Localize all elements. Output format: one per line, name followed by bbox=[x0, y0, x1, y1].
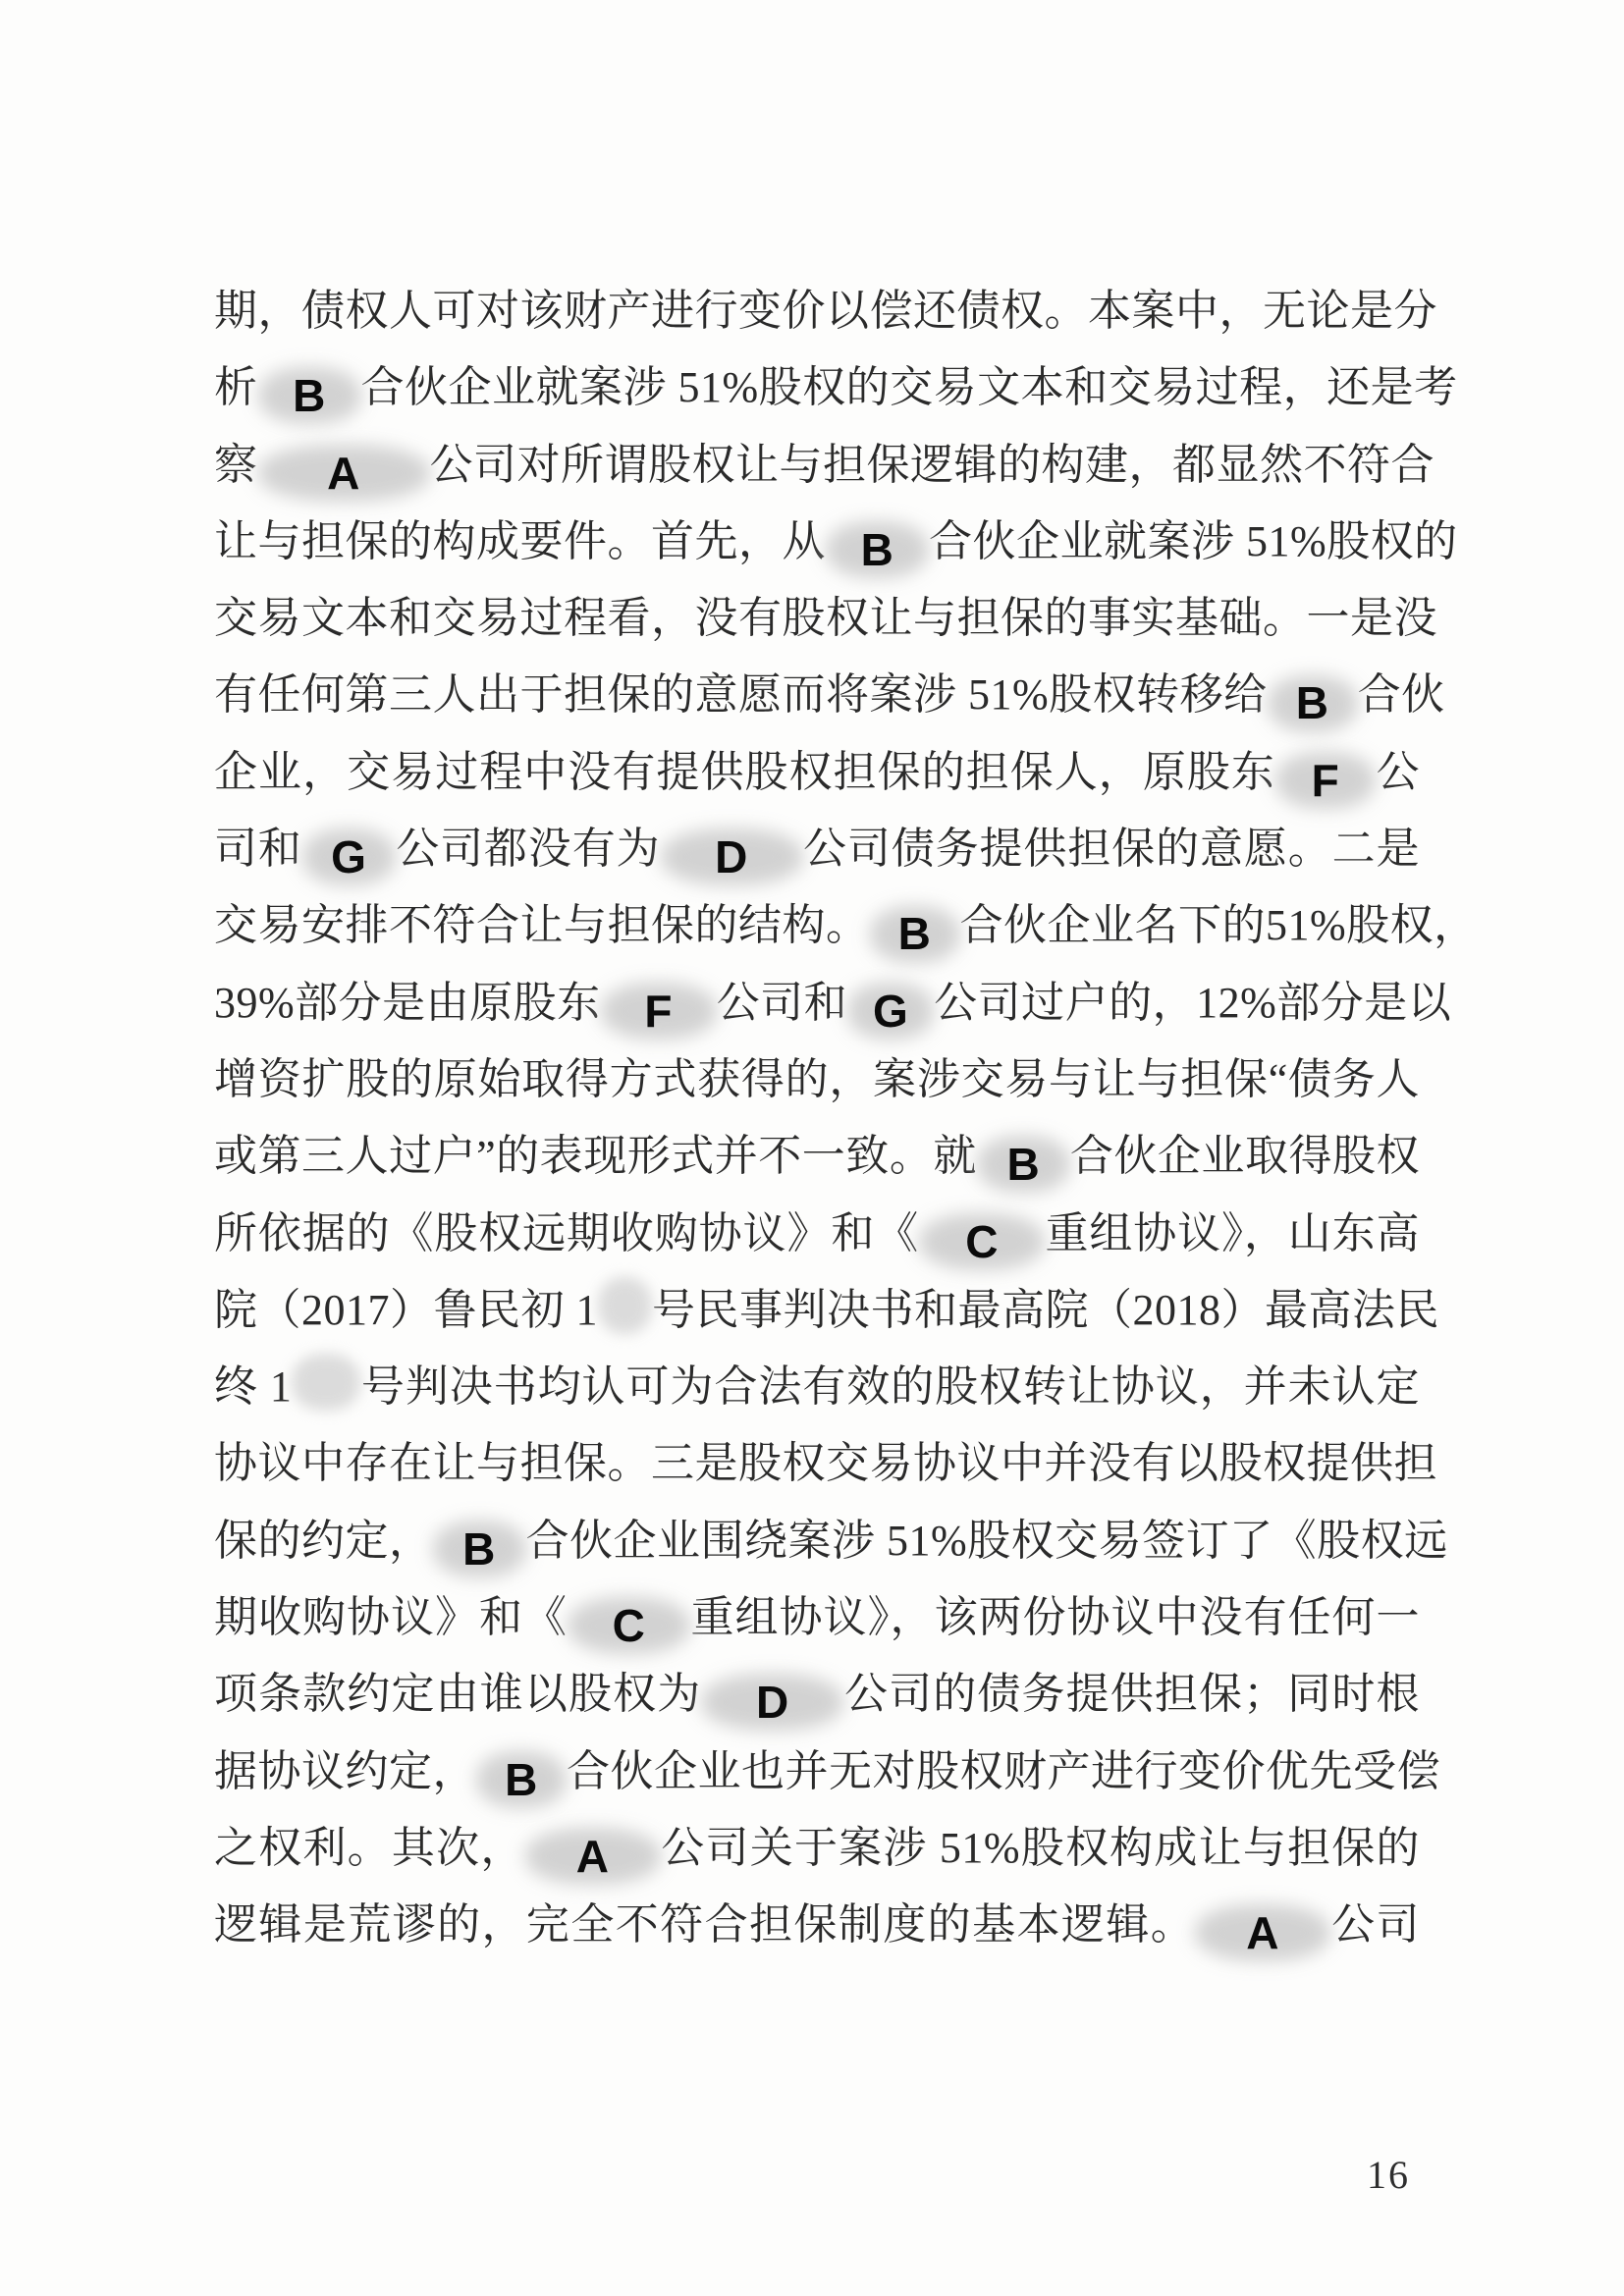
text-line: 交易文本和交易过程看，没有股权让与担保的事实基础。一是没 bbox=[214, 580, 1420, 657]
redaction-marker: B bbox=[433, 1521, 526, 1577]
text-line: 交易安排不符合让与担保的结构。B合伙企业名下的51%股权， bbox=[214, 887, 1420, 964]
redaction-letter: B bbox=[433, 1521, 526, 1577]
redaction-marker: G bbox=[302, 828, 396, 885]
redaction-marker: C bbox=[919, 1213, 1045, 1270]
text-run: 之权利。其次， bbox=[214, 1824, 525, 1872]
text-run: 据协议约定， bbox=[214, 1747, 476, 1795]
redaction-letter bbox=[598, 1277, 652, 1334]
text-run: 重组协议》，山东高 bbox=[1045, 1209, 1420, 1257]
text-line: 期，债权人可对该财产进行变价以偿还债权。本案中，无论是分 bbox=[214, 273, 1420, 349]
text-run: 公司关于案涉 51%股权构成让与担保的 bbox=[661, 1824, 1420, 1872]
redaction-letter: C bbox=[919, 1213, 1045, 1270]
text-run: 逻辑是荒谬的，完全不符合担保制度的基本逻辑。 bbox=[214, 1900, 1195, 1949]
text-run: 或第三人过户”的表现形式并不一致。就 bbox=[214, 1132, 977, 1180]
redaction-marker: G bbox=[847, 983, 934, 1040]
text-run: 协议中存在让与担保。三是股权交易协议中并没有以股权提供担 bbox=[214, 1439, 1437, 1487]
text-run: 增资扩股的原始取得方式获得的，案涉交易与让与担保“债务人 bbox=[214, 1055, 1420, 1103]
redaction-marker: D bbox=[661, 828, 803, 885]
redaction-letter: B bbox=[476, 1751, 567, 1808]
text-line: 院（2017）鲁民初 1号民事判决书和最高院（2018）最高法民 bbox=[214, 1272, 1420, 1349]
text-run: 企业，交易过程中没有提供股权担保的担保人，原股东 bbox=[214, 748, 1275, 796]
text-line: 据协议约定，B合伙企业也并无对股权财产进行变价优先受偿 bbox=[214, 1734, 1420, 1810]
text-line: 有任何第三人出于担保的意愿而将案涉 51%股权转移给B合伙 bbox=[214, 657, 1420, 733]
redaction-marker: F bbox=[601, 983, 717, 1040]
text-run: 有任何第三人出于担保的意愿而将案涉 51%股权转移给 bbox=[214, 670, 1268, 719]
text-run: 合伙企业就案涉 51%股权的交易文本和交易过程，还是考 bbox=[361, 363, 1458, 411]
redaction-letter: B bbox=[826, 521, 929, 578]
redaction-letter bbox=[292, 1354, 360, 1411]
redaction-letter: G bbox=[302, 828, 396, 885]
text-run: 合伙企业也并无对股权财产进行变价优先受偿 bbox=[567, 1747, 1440, 1795]
redaction-marker: A bbox=[258, 445, 430, 502]
redaction-marker: B bbox=[977, 1136, 1070, 1193]
text-run: 司和 bbox=[214, 825, 302, 873]
text-run: 号民事判决书和最高院（2018）最高法民 bbox=[652, 1286, 1439, 1334]
redaction-marker: A bbox=[1195, 1904, 1330, 1961]
document-page: 期，债权人可对该财产进行变价以偿还债权。本案中，无论是分析B合伙企业就案涉 51… bbox=[0, 0, 1624, 2296]
text-run: 合伙企业名下的51%股权， bbox=[960, 901, 1478, 949]
text-line: 企业，交易过程中没有提供股权担保的担保人，原股东F公 bbox=[214, 734, 1420, 811]
text-line: 析B合伙企业就案涉 51%股权的交易文本和交易过程，还是考 bbox=[214, 349, 1420, 426]
text-run: 交易文本和交易过程看，没有股权让与担保的事实基础。一是没 bbox=[214, 594, 1437, 642]
redaction-letter: C bbox=[568, 1597, 690, 1654]
redaction-marker: B bbox=[476, 1751, 567, 1808]
text-run: 保的约定， bbox=[214, 1517, 433, 1565]
redaction-letter: F bbox=[1275, 752, 1376, 809]
redaction-marker: B bbox=[1268, 675, 1358, 732]
redaction-letter: G bbox=[847, 983, 934, 1040]
text-run: 公 bbox=[1376, 748, 1420, 796]
redaction-marker bbox=[292, 1354, 360, 1411]
text-run: 期收购协议》和《 bbox=[214, 1593, 568, 1641]
redaction-letter: D bbox=[661, 828, 803, 885]
text-line: 终 1号判决书均认可为合法有效的股权转让协议，并未认定 bbox=[214, 1349, 1420, 1425]
redaction-marker bbox=[598, 1277, 652, 1334]
text-run: 合伙 bbox=[1358, 670, 1445, 719]
text-run: 公司 bbox=[1330, 1900, 1420, 1949]
text-line: 让与担保的构成要件。首先，从B合伙企业就案涉 51%股权的 bbox=[214, 504, 1420, 580]
redaction-letter: A bbox=[258, 445, 430, 502]
text-run: 让与担保的构成要件。首先，从 bbox=[214, 517, 826, 565]
text-line: 司和G公司都没有为D公司债务提供担保的意愿。二是 bbox=[214, 811, 1420, 887]
text-line: 期收购协议》和《C重组协议》，该两份协议中没有任何一 bbox=[214, 1579, 1420, 1656]
text-run: 公司和 bbox=[717, 979, 848, 1027]
redaction-marker: B bbox=[826, 521, 929, 578]
text-run: 公司都没有为 bbox=[396, 825, 661, 873]
redaction-letter: B bbox=[977, 1136, 1070, 1193]
text-line: 协议中存在让与担保。三是股权交易协议中并没有以股权提供担 bbox=[214, 1425, 1420, 1502]
text-run: 合伙企业围绕案涉 51%股权交易签订了《股权远 bbox=[526, 1517, 1448, 1565]
redaction-marker: B bbox=[870, 906, 960, 963]
text-run: 所依据的《股权远期收购协议》和《 bbox=[214, 1209, 919, 1257]
redaction-marker: B bbox=[258, 367, 361, 424]
redaction-letter: B bbox=[1268, 675, 1358, 732]
redaction-letter: A bbox=[525, 1828, 661, 1885]
text-line: 保的约定，B合伙企业围绕案涉 51%股权交易签订了《股权远 bbox=[214, 1503, 1420, 1579]
redaction-marker: C bbox=[568, 1597, 690, 1654]
text-run: 公司的债务提供担保；同时根 bbox=[843, 1670, 1420, 1718]
text-line: 或第三人过户”的表现形式并不一致。就B合伙企业取得股权 bbox=[214, 1118, 1420, 1195]
text-run: 公司债务提供担保的意愿。二是 bbox=[803, 825, 1420, 873]
text-run: 合伙企业取得股权 bbox=[1070, 1132, 1420, 1180]
text-line: 所依据的《股权远期收购协议》和《C重组协议》，山东高 bbox=[214, 1196, 1420, 1272]
redaction-marker: A bbox=[525, 1828, 661, 1885]
text-line: 项条款约定由谁以股权为D公司的债务提供担保；同时根 bbox=[214, 1656, 1420, 1733]
text-run: 交易安排不符合让与担保的结构。 bbox=[214, 901, 870, 949]
text-run: 合伙企业就案涉 51%股权的 bbox=[929, 517, 1458, 565]
text-line: 之权利。其次，A公司关于案涉 51%股权构成让与担保的 bbox=[214, 1810, 1420, 1887]
redaction-letter: A bbox=[1195, 1904, 1330, 1961]
text-run: 院（2017）鲁民初 1 bbox=[214, 1286, 598, 1334]
redaction-letter: D bbox=[701, 1674, 843, 1731]
text-line: 察A公司对所谓股权让与担保逻辑的构建，都显然不符合 bbox=[214, 427, 1420, 504]
redaction-marker: F bbox=[1275, 752, 1376, 809]
text-run: 终 1 bbox=[214, 1362, 292, 1411]
text-run: 公司对所谓股权让与担保逻辑的构建，都显然不符合 bbox=[430, 441, 1435, 489]
text-line: 39%部分是由原股东F公司和G公司过户的，12%部分是以 bbox=[214, 965, 1420, 1041]
page-number: 16 bbox=[1367, 2152, 1410, 2198]
text-run: 重组协议》，该两份协议中没有任何一 bbox=[690, 1593, 1420, 1641]
document-body: 期，债权人可对该财产进行变价以偿还债权。本案中，无论是分析B合伙企业就案涉 51… bbox=[214, 273, 1420, 1964]
text-line: 逻辑是荒谬的，完全不符合担保制度的基本逻辑。A公司 bbox=[214, 1887, 1420, 1963]
redaction-letter: F bbox=[601, 983, 717, 1040]
text-line: 增资扩股的原始取得方式获得的，案涉交易与让与担保“债务人 bbox=[214, 1041, 1420, 1118]
redaction-marker: D bbox=[701, 1674, 843, 1731]
text-run: 析 bbox=[214, 363, 258, 411]
text-run: 项条款约定由谁以股权为 bbox=[214, 1670, 701, 1718]
text-run: 察 bbox=[214, 441, 258, 489]
redaction-letter: B bbox=[258, 367, 361, 424]
text-run: 公司过户的，12%部分是以 bbox=[934, 979, 1451, 1027]
text-run: 号判决书均认可为合法有效的股权转让协议，并未认定 bbox=[360, 1362, 1420, 1411]
text-run: 39%部分是由原股东 bbox=[214, 979, 601, 1027]
text-run: 期，债权人可对该财产进行变价以偿还债权。本案中，无论是分 bbox=[214, 287, 1437, 335]
redaction-letter: B bbox=[870, 906, 960, 963]
